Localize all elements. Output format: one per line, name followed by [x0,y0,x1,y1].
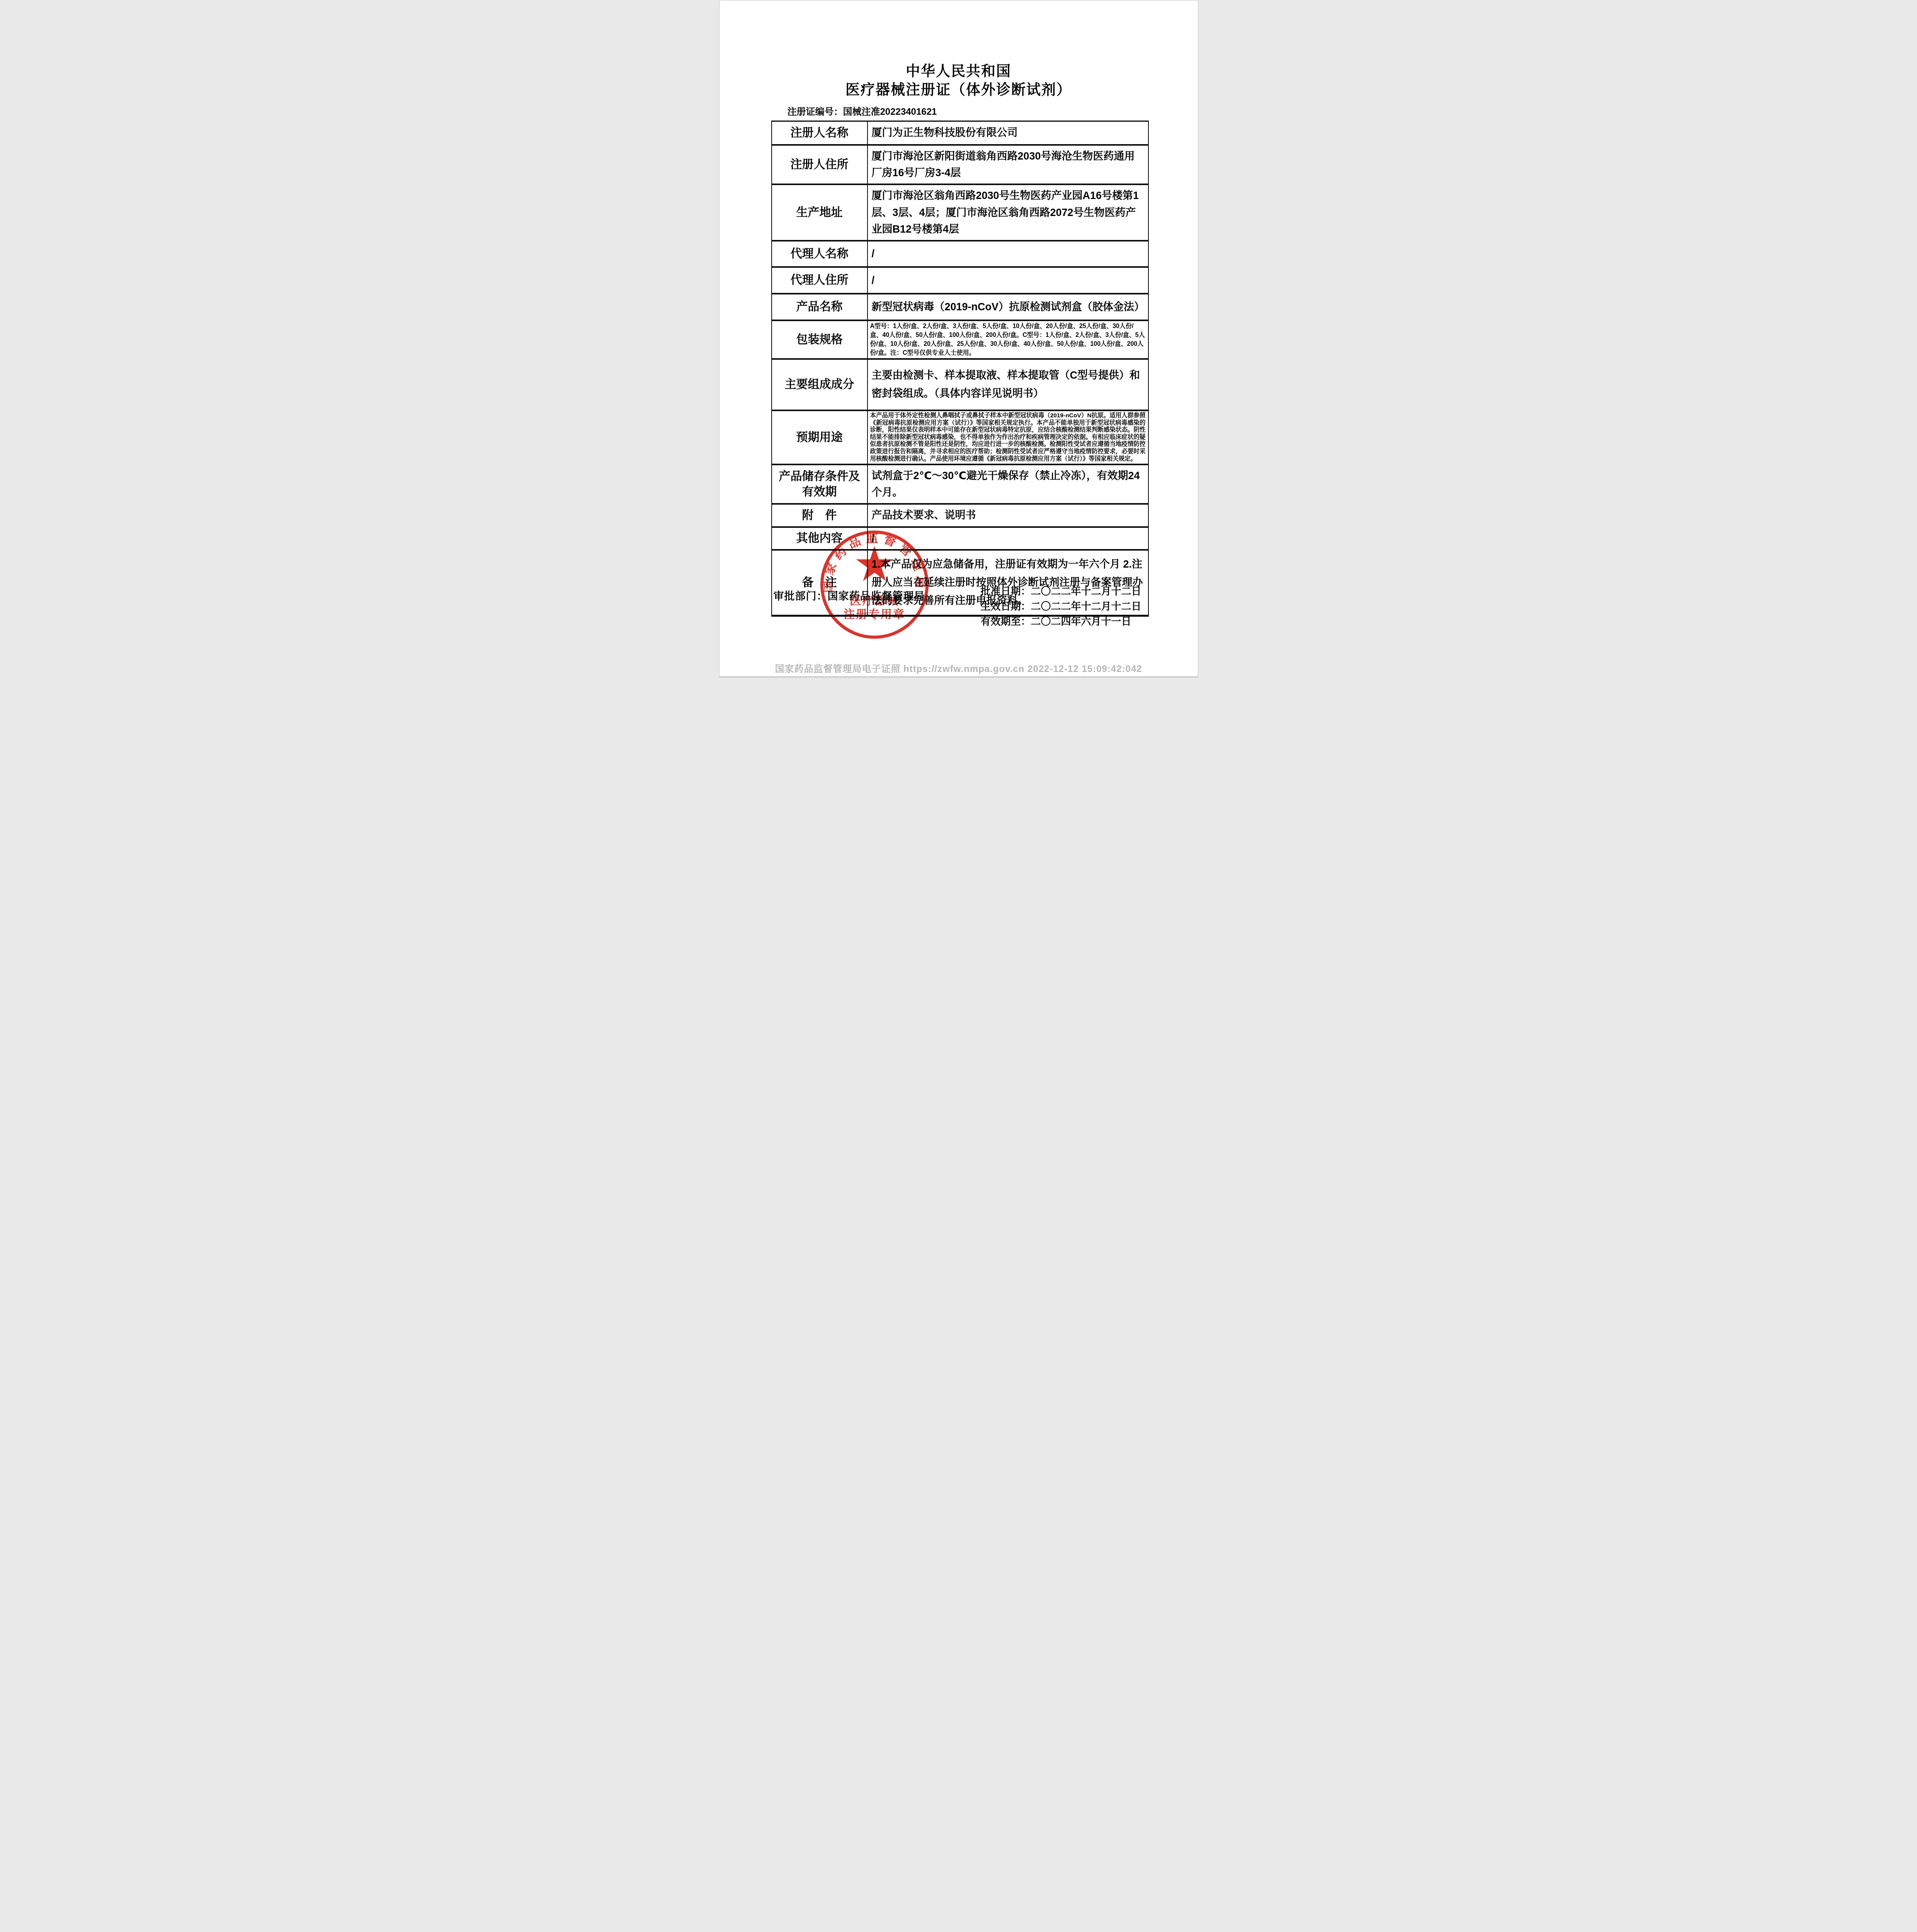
row-label-main-components: 主要组成成分 [772,360,868,410]
table-row: 生产地址 厦门市海沧区翁角西路2030号生物医药产业园A16号楼第1层、3层、4… [772,185,1148,241]
row-value-storage-validity: 试剂盒于2℃～30℃避光干燥保存（禁止冷冻），有效期24个月。 [868,465,1148,503]
registration-number-line: 注册证编号：国械注准20223401621 [788,104,937,117]
expiry-date-label: 有效期至： [981,616,1031,627]
row-value-product-name: 新型冠状病毒（2019-nCoV）抗原检测试剂盒（胶体金法） [868,294,1148,320]
row-label-agent-name: 代理人名称 [772,241,868,266]
row-value-agent-name: / [868,241,1148,266]
approval-date-line: 批准日期：二〇二二年十二月十二日 [981,584,1141,599]
official-red-stamp: 国家药品监督管理局 医疗器械 注册专用章 [816,527,932,643]
registration-number-value: 国械注准20223401621 [843,107,937,117]
row-value-attachments: 产品技术要求、说明书 [868,505,1148,526]
row-label-registrant-address: 注册人住所 [772,146,868,184]
row-label-product-name: 产品名称 [772,294,868,320]
table-row: 预期用途 本产品用于体外定性检测人鼻咽拭子或鼻拭子样本中新型冠状病毒（2019-… [772,411,1148,465]
table-row: 包装规格 A型号：1人份/盒、2人份/盒、3人份/盒、5人份/盒、10人份/盒、… [772,321,1148,360]
table-row: 附 件 产品技术要求、说明书 [772,505,1148,527]
table-row: 产品名称 新型冠状病毒（2019-nCoV）抗原检测试剂盒（胶体金法） [772,294,1148,321]
registration-number-label: 注册证编号： [788,107,843,117]
row-value-agent-address: / [868,268,1148,293]
expiry-date-line: 有效期至：二〇二四年六月十一日 [981,614,1141,629]
effective-date-value: 二〇二二年十二月十二日 [1031,600,1141,612]
title-country: 中华人民共和国 [720,62,1198,81]
effective-date-label: 生效日期： [981,600,1031,612]
table-row: 注册人住所 厦门市海沧区新阳街道翁角西路2030号海沧生物医药通用厂房16号厂房… [772,146,1148,185]
row-label-registrant-name: 注册人名称 [772,122,868,144]
table-row: 主要组成成分 主要由检测卡、样本提取液、样本提取管（C型号提供）和密封袋组成。（… [772,360,1148,411]
table-row: 代理人名称 / [772,241,1148,268]
row-value-registrant-address: 厦门市海沧区新阳街道翁角西路2030号海沧生物医药通用厂房16号厂房3-4层 [868,146,1148,184]
stamp-star-icon [856,546,893,581]
row-value-production-address: 厦门市海沧区翁角西路2030号生物医药产业园A16号楼第1层、3层、4层；厦门市… [868,185,1148,240]
electronic-license-footer: 国家药品监督管理局电子证照 https://zwfw.nmpa.gov.cn 2… [720,661,1198,675]
approval-date-label: 批准日期： [981,585,1031,597]
effective-date-line: 生效日期：二〇二二年十二月十二日 [981,599,1141,614]
row-label-agent-address: 代理人住所 [772,268,868,293]
dates-block: 批准日期：二〇二二年十二月十二日 生效日期：二〇二二年十二月十二日 有效期至：二… [981,584,1141,629]
row-value-main-components: 主要由检测卡、样本提取液、样本提取管（C型号提供）和密封袋组成。（具体内容详见说… [868,360,1148,410]
expiry-date-value: 二〇二四年六月十一日 [1031,616,1131,627]
row-label-storage-validity: 产品储存条件及有效期 [772,465,868,503]
row-label-intended-use: 预期用途 [772,411,868,464]
row-value-packaging-spec: A型号：1人份/盒、2人份/盒、3人份/盒、5人份/盒、10人份/盒、20人份/… [868,321,1148,358]
stamp-text-line2: 注册专用章 [843,608,905,621]
row-label-packaging-spec: 包装规格 [772,321,868,358]
table-row: 代理人住所 / [772,268,1148,294]
row-value-intended-use: 本产品用于体外定性检测人鼻咽拭子或鼻拭子样本中新型冠状病毒（2019-nCoV）… [868,411,1148,464]
certificate-title: 中华人民共和国 医疗器械注册证（体外诊断试剂） [720,62,1198,99]
certificate-page: 中华人民共和国 医疗器械注册证（体外诊断试剂） 注册证编号：国械注准202234… [719,0,1198,678]
approval-date-value: 二〇二二年十二月十二日 [1031,585,1141,597]
table-row: 产品储存条件及有效期 试剂盒于2℃～30℃避光干燥保存（禁止冷冻），有效期24个… [772,465,1148,505]
title-certificate-type: 医疗器械注册证（体外诊断试剂） [720,81,1198,99]
row-value-registrant-name: 厦门为正生物科技股份有限公司 [868,122,1148,144]
table-row: 注册人名称 厦门为正生物科技股份有限公司 [772,122,1148,146]
row-label-production-address: 生产地址 [772,185,868,240]
row-label-attachments: 附 件 [772,505,868,526]
stamp-text-line1: 医疗器械 [849,595,899,607]
